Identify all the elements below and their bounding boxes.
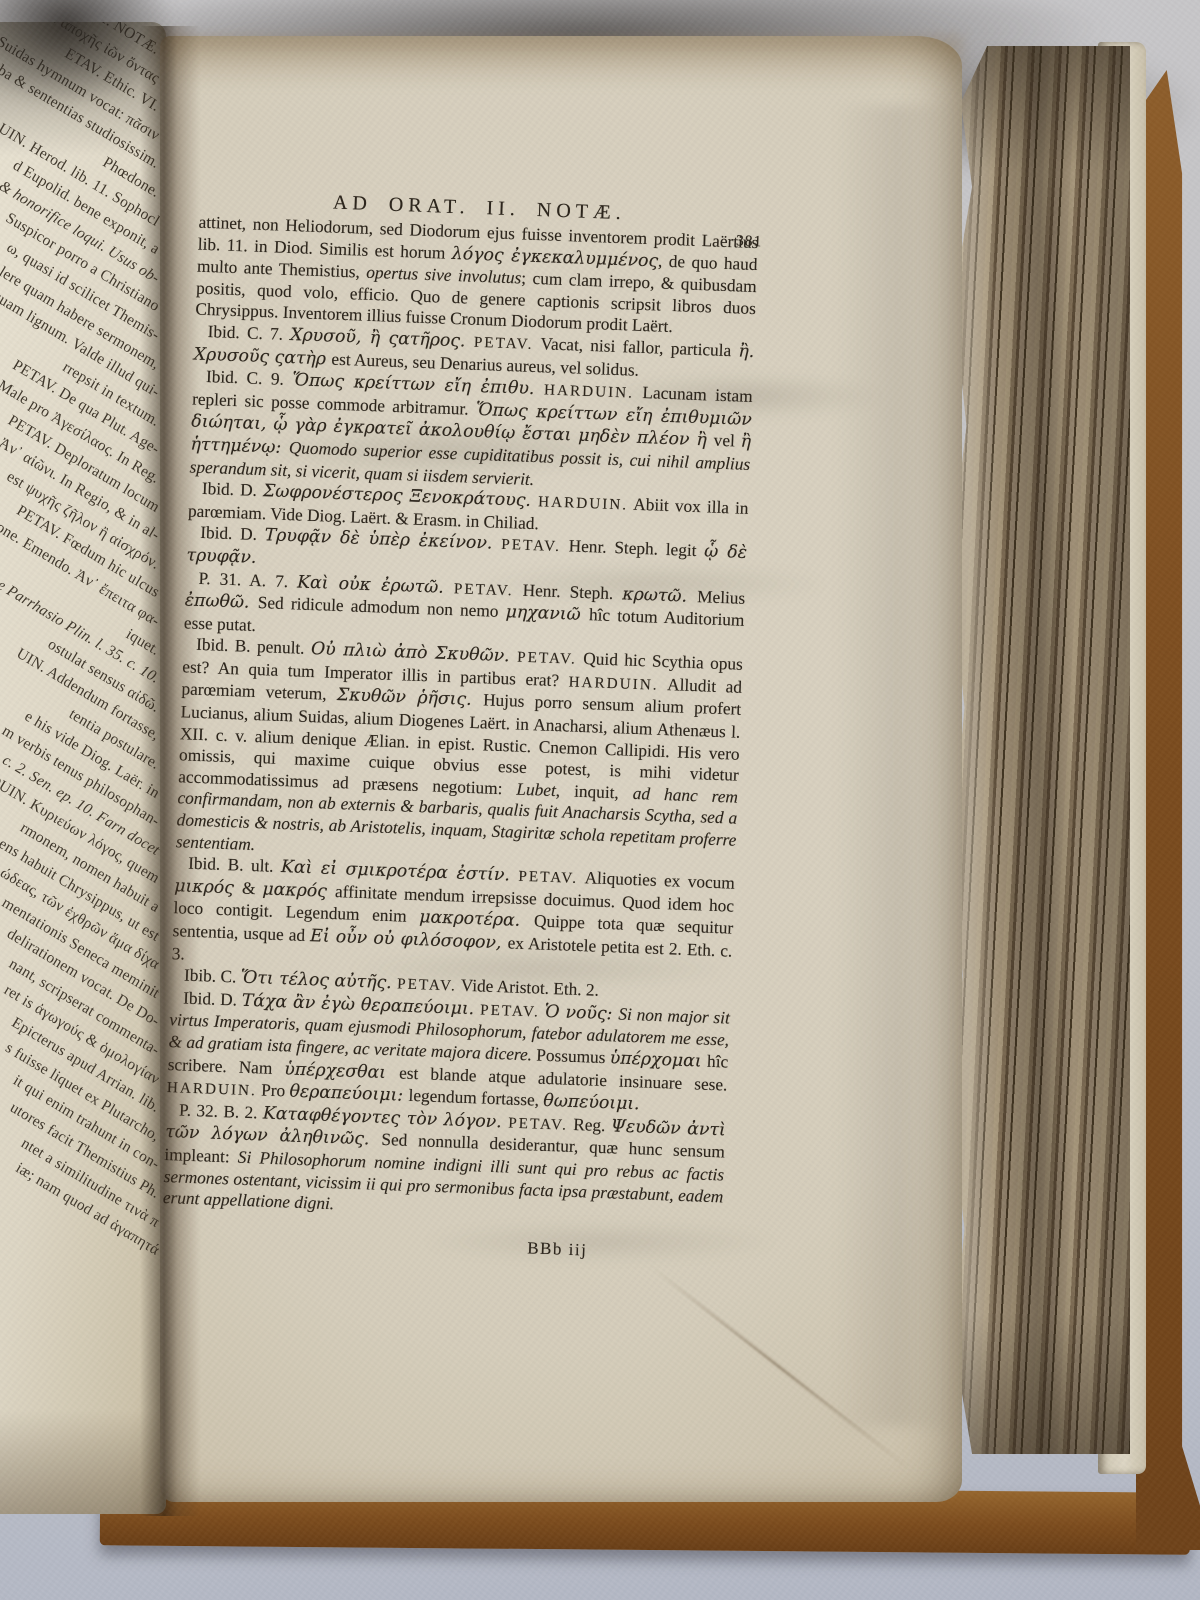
left-page-text-fragment: iæ; nam quod ad ἀγαπητά [0, 1080, 163, 1260]
left-page-text-fragment: e his vide Diog. Laër. in [0, 622, 163, 802]
paper-crease [649, 1265, 911, 1471]
left-page-text-fragment: PETAV. Fœdum hic ulcus [0, 422, 163, 602]
left-page-text-fragment: rmonem, nomen habuit a [0, 736, 163, 916]
left-page-text-fragment: lere quam habere sermonem, [0, 193, 163, 373]
left-page-text-fragment: tentia postulare. [0, 593, 163, 773]
left-page-text-fragment: ω, quasi id scilicet Themis- [0, 164, 163, 344]
left-page-text-fragment: ώδεας, τῶν ἐχθρῶν ἅμα δίχα [0, 794, 163, 974]
left-page-text-fragment: ret is ἀγωγούς & ὁμολογίαν [0, 908, 163, 1088]
text-block: AD ORAT. II. NOTÆ. 381 attinet, non Heli… [161, 186, 759, 1266]
left-page-text-fragment: utores facit Themistius Ph. [0, 1022, 163, 1202]
left-page-text-fragment: nant, scripserat commenta- [0, 879, 163, 1059]
paragraph: Ibid. D. Τάχα ἂν ἐγὼ θεραπεύοιμι. PETAV.… [167, 987, 731, 1119]
left-page-text-fragment: c. 2. Sen. ep. 10. Farn docet [0, 679, 163, 859]
left-page-text-fragment: v. Male pro Ἀγεσίλαος. In Reg. [0, 307, 163, 487]
book-photo: I. NOTÆ.Henr. Steph. ἀποχῆς ἰῶν ὄνταςETA… [0, 0, 1200, 1600]
paper-toning [836, 106, 956, 1426]
left-page-text-fragment: ntet a similitudine τινὰ π [0, 1051, 163, 1231]
left-page-text-fragment: PETAV. De qua Plut. Age- [0, 279, 163, 459]
page-number: 381 [736, 230, 763, 253]
paragraph: P. 32. B. 2. Καταφθέγοντες τὸν λόγον. PE… [162, 1099, 726, 1229]
left-page-text-fragment: Ἀν᾿ αἰῶνι. In Regio, & in al- [0, 365, 163, 545]
left-page-text-fragment: iquet. [0, 479, 163, 659]
left-page-text-fragment: delirationem vocat. De Do- [0, 851, 163, 1031]
left-page-text-fragment: s fuisse liquet ex Plutarcho, [0, 965, 163, 1145]
paragraph: Ibid. B. penult. Οὐ πλιὼ ἀπὸ Σκυθῶν. PET… [176, 634, 744, 873]
left-page-text-fragment: Epicterus apud Arrian. lib. [0, 937, 163, 1117]
right-page: AD ORAT. II. NOTÆ. 381 attinet, non Heli… [160, 36, 962, 1502]
left-page-text-fragment: ens habuit Chrysippus, ut est [0, 765, 163, 945]
left-page-text-fragment: De Parrhasio Plin. l. 35. c. 10. [0, 508, 163, 688]
left-page-text-fragment: PETAV. Deploratum locum [0, 336, 163, 516]
left-page-text-fragment: DUIN. Κυριεύων λόγος, quem [0, 708, 163, 888]
left-page-text-fragment: est ψυχῆς ζῆλον ἢ αἰσχρόν. [0, 393, 163, 573]
left-page-text-fragment: Suspicor porro a Christiano [0, 136, 163, 316]
left-page-text-fragment: mentationis Seneca meminit [0, 822, 163, 1002]
left-page-text-fragment: it qui enim trahunt in con- [0, 994, 163, 1174]
left-page-text-fragment: UIN. Addendum fortasse, [0, 565, 163, 745]
page-gutter-shadow [140, 26, 200, 1516]
paragraph: attinet, non Heliodorum, sed Diodorum ej… [195, 212, 759, 341]
paragraph: Ibid. C. 9. Ὅπως κρείττων εἴη ἐπιθυ. HAR… [189, 366, 753, 498]
body-text: attinet, non Heliodorum, sed Diodorum ej… [162, 212, 758, 1230]
left-page-text-fragment: ostulat sensus αἰδῶ. [0, 536, 163, 716]
left-page-text-fragment: rrepsit in textum. [0, 250, 163, 430]
left-page-text-fragment: quam lignum. Valde illud qui- [0, 222, 163, 402]
paper-toning [160, 36, 962, 88]
page-fore-edge-texture [942, 46, 1130, 1454]
left-page-text-fragment: one. Emendo. Ἀν᾿ ἔπειτα φα- [0, 450, 163, 630]
left-page-text-fragment: m verbis tenus philosophan- [0, 651, 163, 831]
paragraph: Ibid. B. ult. Καὶ εἰ σμικροτέρα ἐστίν. P… [171, 852, 735, 984]
printer-signature: BBb iij [161, 1224, 721, 1266]
